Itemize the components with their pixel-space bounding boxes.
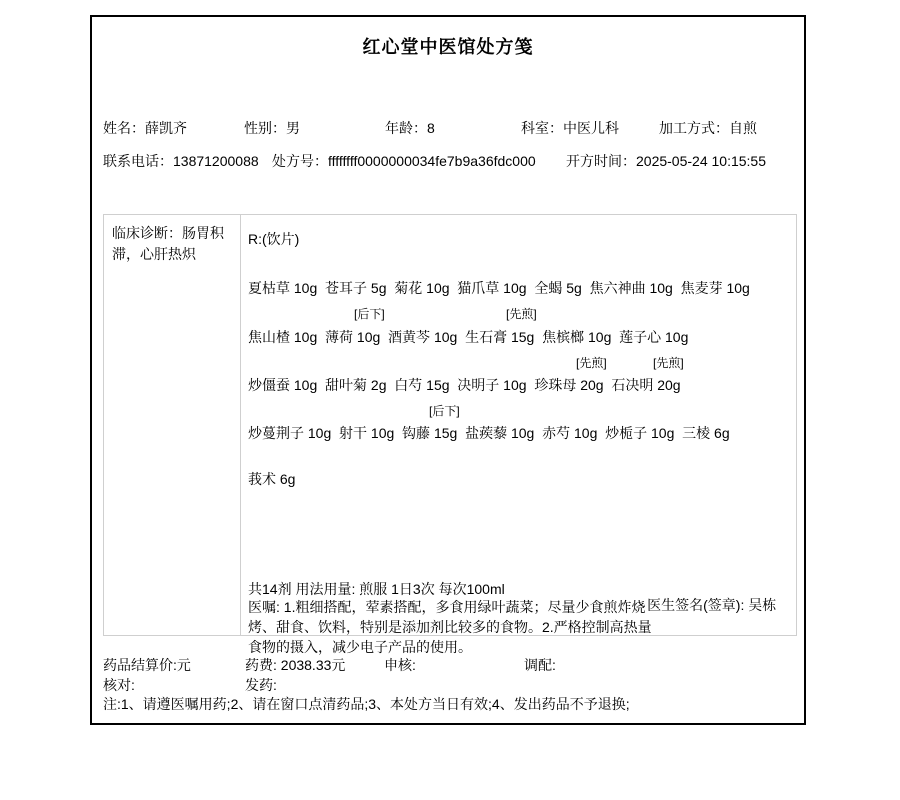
decoction-tag: [先煎] [506,305,537,322]
rx-header: R:(饮片) [248,229,299,249]
field-phone-value: 13871200088 [173,153,259,169]
field-age-label: 年龄： [385,120,427,136]
doctor-advice: 医嘱: 1.粗细搭配，荤素搭配，多食用绿叶蔬菜；尽量少食煎炸烧 烤、甜食、饮料，… [248,597,668,657]
herb-line: 炒蔓荆子 10g 射干 10g 钩藤 15g 盐蒺藜 10g 赤芍 10g 炒栀… [248,423,730,443]
fee-label: 药费: [245,657,281,673]
field-gender-label: 性别： [244,120,286,136]
field-gender: 性别：男 [244,118,300,138]
field-phone-label: 联系电话： [103,153,173,169]
field-issue-time-label: 开方时间： [566,153,636,169]
herb-line: 焦山楂 10g 薄荷 10g 酒黄芩 10g 生石膏 15g 焦槟榔 10g 莲… [248,327,688,347]
field-gender-value: 男 [286,120,300,136]
settlement-price-value: 元 [177,657,191,673]
field-processing-method: 加工方式：自煎 [659,118,757,138]
doctor-advice-line: 医嘱: 1.粗细搭配，荤素搭配，多食用绿叶蔬菜；尽量少食煎炸烧 [248,597,668,617]
compound-label: 调配: [524,657,556,673]
check-field: 核对: [103,675,135,695]
field-rx-number-value: ffffffff0000000034fe7b9a36fdc000 [328,153,536,169]
prescription-sheet: 红心堂中医馆处方笺 姓名：薛凯齐 性别：男 年龄：8 科室：中医儿科 加工方式：… [90,15,806,725]
review-field: 申核: [384,655,416,675]
prescription-table: 临床诊断：肠胃积滞，心肝热炽 R:(饮片) 夏枯草 10g 苍耳子 5g 菊花 … [103,214,797,636]
check-label: 核对: [103,677,135,693]
patient-info-row-1: 姓名：薛凯齐 性别：男 年龄：8 科室：中医儿科 加工方式：自煎 [92,118,804,136]
footer-row-2: 核对: 发药: [92,675,804,693]
diagnosis-cell: 临床诊断：肠胃积滞，心肝热炽 [104,215,241,635]
decoction-tag: [后下] [354,305,385,322]
field-department-value: 中医儿科 [563,120,619,136]
rx-cell: R:(饮片) 夏枯草 10g 苍耳子 5g 菊花 10g 猫爪草 10g 全蝎 … [242,215,796,635]
fee-value: 2038.33元 [281,657,346,673]
patient-info-row-2: 联系电话：13871200088 处方号：ffffffff0000000034f… [92,151,804,169]
field-department: 科室：中医儿科 [521,118,619,138]
field-department-label: 科室： [521,120,563,136]
footer-row-1: 药品结算价:元 药费: 2038.33元 申核: 调配: [92,655,804,673]
herb-line: 夏枯草 10g 苍耳子 5g 菊花 10g 猫爪草 10g 全蝎 5g 焦六神曲… [248,278,750,298]
compound-field: 调配: [524,655,556,675]
annotation-row: [后下] [先煎] [242,305,796,319]
field-age: 年龄：8 [385,118,435,138]
field-name: 姓名：薛凯齐 [103,118,187,138]
doctor-advice-line: 食物的摄入，减少电子产品的使用。 [248,637,668,657]
page-title: 红心堂中医馆处方笺 [92,33,804,59]
doctor-advice-line: 烤、甜食、饮料，特别是添加剂比较多的食物。2.严格控制高热量 [248,617,668,637]
decoction-tag: [先煎] [653,354,684,371]
field-processing-label: 加工方式： [659,120,729,136]
review-label: 申核: [384,657,416,673]
settlement-price-label: 药品结算价: [103,657,177,673]
doctor-signature-value: 吴栋 [748,597,776,613]
herb-line: 炒僵蚕 10g 甜叶菊 2g 白芍 15g 决明子 10g 珍珠母 20g 石决… [248,375,681,395]
usage-line: 共14剂 用法用量: 煎服 1日3次 每次100ml [248,579,505,599]
footer-note: 注:1、请遵医嘱用药;2、请在窗口点清药品;3、本处方当日有效;4、发出药品不予… [103,694,630,714]
field-phone: 联系电话：13871200088 [103,151,259,171]
annotation-row: [后下] [242,402,796,416]
field-age-value: 8 [427,120,435,136]
decoction-tag: [先煎] [576,354,607,371]
field-rx-number-label: 处方号： [272,153,328,169]
field-issue-time-value: 2025-05-24 10:15:55 [636,153,766,169]
settlement-price-field: 药品结算价:元 [103,655,191,675]
dispense-label: 发药: [245,677,277,693]
annotation-row: [先煎] [先煎] [242,354,796,368]
field-processing-value: 自煎 [729,120,757,136]
herb-line: 莪术 6g [248,469,295,489]
dispense-field: 发药: [245,675,277,695]
diagnosis-label: 临床诊断： [112,225,182,241]
field-issue-time: 开方时间：2025-05-24 10:15:55 [566,151,766,171]
field-name-label: 姓名： [103,120,145,136]
field-rx-number: 处方号：ffffffff0000000034fe7b9a36fdc000 [272,151,536,171]
field-name-value: 薛凯齐 [145,120,187,136]
fee-field: 药费: 2038.33元 [245,655,345,675]
decoction-tag: [后下] [429,402,460,419]
